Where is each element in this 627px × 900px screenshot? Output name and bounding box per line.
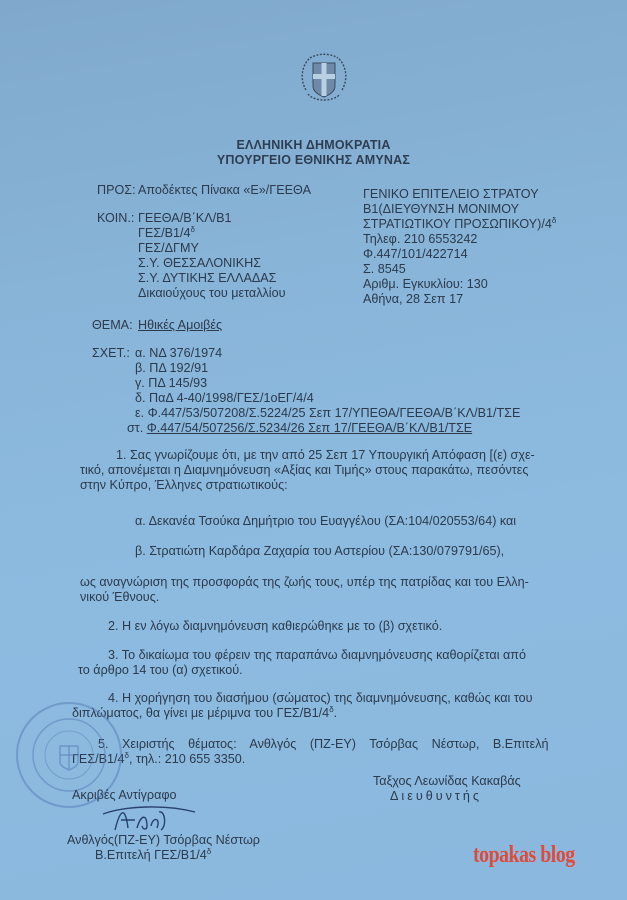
- paragraph-4-line: 4. Η χορήγηση του διασήμου (σώματος) της…: [108, 691, 533, 707]
- header-country: ΕΛΛΗΝΙΚΗ ΔΗΜΟΚΡΑΤΙΑ: [0, 138, 627, 152]
- paragraph-1-close: ως αναγνώριση της προσφοράς της ζωής του…: [80, 575, 529, 591]
- cc-item: Σ.Υ. ΘΕΣΣΑΛΟΝΙΚΗΣ: [138, 256, 261, 272]
- sender-file-number: Φ.447/101/422714: [363, 247, 468, 263]
- sender-line: ΣΤΡΑΤΙΩΤΙΚΟΥ ΠΡΟΣΩΠΙΚΟΥ)/4δ: [363, 217, 556, 233]
- director-name: Ταξχος Λεωνίδας Κακαβάς: [373, 774, 521, 790]
- paragraph-5-line: 5. Χειριστής θέματος: Ανθλγός (ΠΖ-ΕΥ) Τσ…: [98, 737, 549, 753]
- honoree-item: β. Στρατιώτη Καρδάρα Ζαχαρία του Αστερίο…: [135, 544, 504, 560]
- cc-label: ΚΟΙΝ.:: [97, 211, 134, 227]
- reference-item: ε. Φ.447/53/507208/Σ.5224/25 Σεπ 17/ΥΠΕΘ…: [135, 406, 520, 422]
- sender-phone: Τηλεφ. 210 6553242: [363, 232, 477, 248]
- paragraph-1-line: 1. Σας γνωρίζουμε ότι, με την από 25 Σεπ…: [116, 448, 535, 464]
- reference-item-last: στ. Φ.447/54/507256/Σ.5234/26 Σεπ 17/ΓΕΕ…: [127, 421, 472, 437]
- certified-by-role: Β.Επιτελή ΓΕΣ/Β1/4δ: [95, 848, 211, 864]
- paragraph-1-close: νικού Έθνους.: [80, 590, 159, 606]
- references-label: ΣΧΕΤ.:: [92, 346, 130, 362]
- cc-item: ΓΕΕΘΑ/Β΄ΚΛ/Β1: [138, 211, 232, 227]
- paragraph-1-line: τικό, απονέμεται η Διαμνημόνευση «Αξίας …: [80, 463, 528, 479]
- to-value: Αποδέκτες Πίνακα «Ε»/ΓΕΕΘΑ: [138, 183, 311, 199]
- sender-circular-number: Αριθμ. Εγκυκλίου: 130: [363, 277, 488, 293]
- paragraph-2: 2. Η εν λόγω διαμνημόνευση καθιερώθηκε μ…: [108, 619, 442, 635]
- cc-item: Σ.Υ. ΔΥΤΙΚΗΣ ΕΛΛΑΔΑΣ: [138, 271, 276, 287]
- to-label: ΠΡΟΣ:: [97, 183, 136, 199]
- subject-label: ΘΕΜΑ:: [92, 318, 133, 334]
- sender-line: ΓΕΝΙΚΟ ΕΠΙΤΕΛΕΙΟ ΣΤΡΑΤΟΥ: [363, 187, 539, 203]
- sender-serial: Σ. 8545: [363, 262, 406, 278]
- reference-item: δ. ΠαΔ 4-40/1998/ΓΕΣ/1οΕΓ/4/4: [135, 391, 314, 407]
- reference-item: γ. ΠΔ 145/93: [135, 376, 207, 392]
- director-title: Διευθυντής: [390, 789, 482, 805]
- sender-line: Β1(ΔΙΕΥΘΥΝΣΗ ΜΟΝΙΜΟΥ: [363, 202, 519, 218]
- certified-by-name: Ανθλγός(ΠΖ-ΕΥ) Τσόρβας Νέστωρ: [67, 833, 260, 849]
- cc-item: ΓΕΣ/ΔΓΜΥ: [138, 241, 199, 257]
- paragraph-3-line: το άρθρο 14 του (α) σχετικού.: [78, 663, 243, 679]
- document-page: ΕΛΛΗΝΙΚΗ ΔΗΜΟΚΡΑΤΙΑ ΥΠΟΥΡΓΕΙΟ ΕΘΝΙΚΗΣ ΑΜ…: [0, 0, 627, 900]
- header-ministry: ΥΠΟΥΡΓΕΙΟ ΕΘΝΙΚΗΣ ΑΜΥΝΑΣ: [0, 153, 627, 167]
- sender-date: Αθήνα, 28 Σεπ 17: [363, 292, 463, 308]
- paragraph-1-line: στην Κύπρο, Έλληνες στρατιωτικούς:: [80, 478, 288, 494]
- watermark-logo: topakas blog: [473, 842, 575, 869]
- reference-item: α. ΝΔ 376/1974: [135, 346, 222, 362]
- reference-item: β. ΠΔ 192/91: [135, 361, 208, 377]
- coat-of-arms-icon: [296, 50, 352, 110]
- paragraph-3-line: 3. Το δικαίωμα του φέρειν της παραπάνω δ…: [108, 648, 526, 664]
- cc-item: ΓΕΣ/Β1/4δ: [138, 226, 195, 242]
- cc-item: Δικαιούχους του μεταλλίου: [138, 286, 285, 302]
- honoree-item: α. Δεκανέα Τσούκα Δημήτριο του Ευαγγέλου…: [135, 514, 516, 530]
- subject-value: Ηθικές Αμοιβές: [138, 318, 222, 334]
